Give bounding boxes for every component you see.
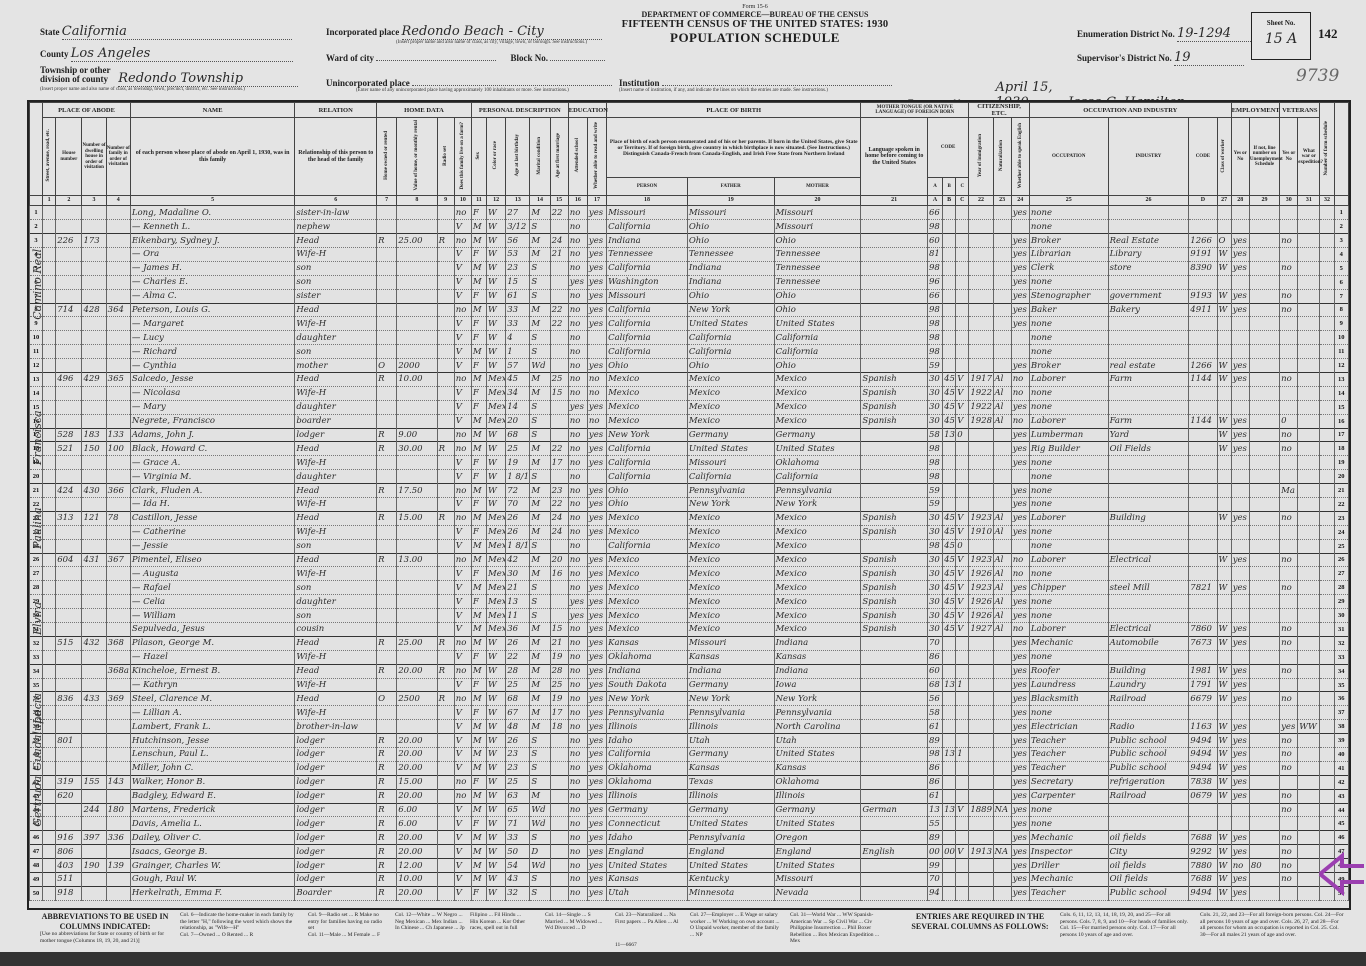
- cell-street: [43, 289, 56, 303]
- cell-cls: W: [1217, 873, 1231, 887]
- cell-unemp: [1249, 372, 1279, 386]
- cell-bp: Tennessee: [607, 247, 688, 261]
- cell-a: 30: [927, 581, 942, 595]
- cell-emp: yes: [1231, 234, 1249, 248]
- table-row: 10— LucydaughterVFW4SnoCaliforniaCalifor…: [30, 331, 1349, 345]
- cell-rw: no: [587, 386, 606, 400]
- cell-bp: Idaho: [607, 734, 688, 748]
- cell-fam: [106, 595, 130, 609]
- cell-code: 7821: [1189, 581, 1217, 595]
- cell-val: [397, 650, 437, 664]
- cell-radio: [437, 331, 454, 345]
- cell-bp: California: [607, 456, 688, 470]
- cell-own: R: [377, 873, 397, 887]
- cell-lang: [861, 748, 928, 762]
- cell-unemp: [1249, 345, 1279, 359]
- cell-code: 1266: [1189, 234, 1217, 248]
- population-schedule-table: PLACE OF ABODE NAME RELATION HOME DATA P…: [27, 100, 1351, 910]
- cell-code: 7860: [1189, 623, 1217, 637]
- cell-nat: [993, 720, 1011, 734]
- cell-rel: Wife-H: [295, 386, 377, 400]
- cell-eng: yes: [1011, 581, 1029, 595]
- cell-name: Black, Howard C.: [130, 442, 294, 456]
- cell-house: 424: [56, 484, 82, 498]
- cell-house: [56, 289, 82, 303]
- cell-mar: M: [530, 553, 550, 567]
- cell-rel: Wife-H: [295, 247, 377, 261]
- cell-radio: [437, 386, 454, 400]
- cell-rw: [587, 220, 606, 234]
- column-number: 18: [607, 196, 688, 206]
- institution-value: [662, 85, 892, 86]
- cell-eng: [1011, 539, 1029, 553]
- cell-farmno: [1320, 775, 1334, 789]
- cell-eng: no: [1011, 414, 1029, 428]
- cell-val: 20.00: [397, 886, 437, 900]
- cell-afm: 22: [550, 442, 568, 456]
- table-row: 42319155143Walker, Honor B.lodgerR15.00n…: [30, 775, 1349, 789]
- cell-lang: [861, 289, 928, 303]
- cell-house: [56, 317, 82, 331]
- cell-mbp: Missouri: [774, 873, 861, 887]
- cell-age: 54: [506, 859, 530, 873]
- cell-nat: Al: [993, 372, 1011, 386]
- cell-emp: [1231, 400, 1249, 414]
- cell-occ: Laborer: [1029, 414, 1108, 428]
- cell-fam: [106, 706, 130, 720]
- cell-age: 61: [506, 289, 530, 303]
- cell-sch: no: [568, 220, 587, 234]
- cell-race: W: [487, 873, 506, 887]
- line-number-right: 25: [1334, 539, 1348, 553]
- cell-street: [43, 511, 56, 525]
- cell-nat: [993, 748, 1011, 762]
- cell-unemp: [1249, 553, 1279, 567]
- cell-imm: [969, 873, 993, 887]
- cell-bp: Idaho: [607, 831, 688, 845]
- cell-imm: [969, 331, 993, 345]
- cell-radio: [437, 761, 454, 775]
- cell-eng: yes: [1011, 275, 1029, 289]
- cell-sex: F: [471, 206, 486, 220]
- table-row: 38Lambert, Frank L.brother-in-lawVMW48M1…: [30, 720, 1349, 734]
- cell-ind: Radio: [1108, 720, 1189, 734]
- cell-street: [43, 886, 56, 900]
- cell-ind: [1108, 470, 1189, 484]
- cell-occ: none: [1029, 595, 1108, 609]
- cell-nat: [993, 247, 1011, 261]
- line-number-right: 5: [1334, 261, 1348, 275]
- cell-c: V: [956, 581, 969, 595]
- col-name-desc: of each person whose place of abode on A…: [130, 118, 294, 196]
- cell-occ: Inspector: [1029, 845, 1108, 859]
- cell-sch: no: [568, 386, 587, 400]
- cell-val: [397, 720, 437, 734]
- cell-name: Davis, Amelia L.: [130, 817, 294, 831]
- cell-b: [943, 331, 956, 345]
- cell-occ: Teacher: [1029, 761, 1108, 775]
- cell-farmno: [1320, 553, 1334, 567]
- cell-fam: [106, 650, 130, 664]
- cell-mar: M: [530, 623, 550, 637]
- cell-mbp: Mexico: [774, 609, 861, 623]
- cell-war: [1298, 372, 1320, 386]
- cell-sex: M: [471, 845, 486, 859]
- cell-cls: W: [1217, 761, 1231, 775]
- cell-name: Herkelrath, Emma F.: [130, 886, 294, 900]
- cell-street: [43, 331, 56, 345]
- cell-lang: [861, 303, 928, 317]
- cell-fam: 368a: [106, 664, 130, 678]
- cell-farm: V: [454, 595, 471, 609]
- cell-val: [397, 623, 437, 637]
- cell-eng: [1011, 331, 1029, 345]
- cell-sch: yes: [568, 275, 587, 289]
- cell-nat: [993, 831, 1011, 845]
- cell-ind: [1108, 220, 1189, 234]
- cell-house: [56, 678, 82, 692]
- cell-a: 98: [927, 539, 942, 553]
- cell-street: [43, 456, 56, 470]
- cell-bp: Utah: [607, 886, 688, 900]
- cell-radio: [437, 220, 454, 234]
- cell-name: — Mary: [130, 400, 294, 414]
- cell-mar: M: [530, 650, 550, 664]
- line-number-right: 22: [1334, 497, 1348, 511]
- cell-own: R: [377, 511, 397, 525]
- cell-age: 23: [506, 748, 530, 762]
- cell-farmno: [1320, 275, 1334, 289]
- cell-name: Clark, Fluden A.: [130, 484, 294, 498]
- cell-fbp: Mexico: [687, 595, 774, 609]
- cell-nat: [993, 817, 1011, 831]
- cell-bp: Connecticut: [607, 817, 688, 831]
- cell-b: 45: [943, 595, 956, 609]
- cell-war: [1298, 595, 1320, 609]
- cell-imm: [969, 359, 993, 373]
- cell-sch: no: [568, 247, 587, 261]
- cell-bp: Missouri: [607, 206, 688, 220]
- col-age: Age at last birthday: [515, 134, 521, 176]
- table-row: 15— MarydaughterVFMex14SyesyesMexicoMexi…: [30, 400, 1349, 414]
- cell-cls: W: [1217, 359, 1231, 373]
- cell-fbp: Pennsylvania: [687, 706, 774, 720]
- cell-val: [397, 609, 437, 623]
- cell-farmno: [1320, 331, 1334, 345]
- cell-age: 48: [506, 720, 530, 734]
- cell-rel: cousin: [295, 623, 377, 637]
- cell-c: [956, 692, 969, 706]
- cell-fbp: Missouri: [687, 206, 774, 220]
- cell-farm: V: [454, 345, 471, 359]
- cell-a: 30: [927, 623, 942, 637]
- cell-code: [1189, 470, 1217, 484]
- cell-c: V: [956, 803, 969, 817]
- cell-cls: [1217, 817, 1231, 831]
- line-number-right: 34: [1334, 664, 1348, 678]
- cell-rel: brother-in-law: [295, 720, 377, 734]
- cell-emp: yes: [1231, 692, 1249, 706]
- cell-vet: no: [1280, 761, 1298, 775]
- table-row: 49511Gough, Paul W.lodgerR10.00VMW43Snoy…: [30, 873, 1349, 887]
- cell-mbp: Mexico: [774, 539, 861, 553]
- cell-race: Mex: [487, 400, 506, 414]
- cell-emp: [1231, 206, 1249, 220]
- cell-street: [43, 484, 56, 498]
- cell-war: [1298, 497, 1320, 511]
- cell-eng: yes: [1011, 859, 1029, 873]
- cell-lang: [861, 831, 928, 845]
- cell-lang: Spanish: [861, 595, 928, 609]
- cell-ind: [1108, 609, 1189, 623]
- cell-eng: [1011, 220, 1029, 234]
- col-house-number: House number: [56, 118, 82, 196]
- cell-war: [1298, 567, 1320, 581]
- cell-farmno: [1320, 234, 1334, 248]
- cell-rw: yes: [587, 789, 606, 803]
- cell-imm: 1923: [969, 581, 993, 595]
- cell-radio: [437, 345, 454, 359]
- cell-eng: yes: [1011, 831, 1029, 845]
- cell-occ: none: [1029, 803, 1108, 817]
- cell-val: [397, 317, 437, 331]
- cell-radio: [437, 803, 454, 817]
- cell-code: [1189, 456, 1217, 470]
- cell-farmno: [1320, 289, 1334, 303]
- cell-code: [1189, 817, 1217, 831]
- group-personal-description: PERSONAL DESCRIPTION: [471, 103, 568, 118]
- cell-code: 7673: [1189, 636, 1217, 650]
- cell-bp: England: [607, 845, 688, 859]
- cell-age: 11: [506, 609, 530, 623]
- col-naturalization: Naturalization: [999, 140, 1005, 171]
- cell-vet: yes: [1280, 720, 1298, 734]
- cell-nat: [993, 734, 1011, 748]
- cell-mar: S: [530, 609, 550, 623]
- cell-race: W: [487, 636, 506, 650]
- cell-mar: M: [530, 484, 550, 498]
- cell-dw: [82, 331, 106, 345]
- column-number: 13: [506, 196, 530, 206]
- cell-own: [377, 609, 397, 623]
- cell-house: [56, 247, 82, 261]
- cell-mbp: Kansas: [774, 761, 861, 775]
- cell-eng: yes: [1011, 456, 1029, 470]
- cell-occ: Clerk: [1029, 261, 1108, 275]
- col-sex: Sex: [476, 152, 482, 160]
- cell-code: 1144: [1189, 414, 1217, 428]
- print-code: 11—6667: [615, 942, 637, 949]
- cell-nat: [993, 345, 1011, 359]
- cell-b: [943, 456, 956, 470]
- abbrev-block: ABBREVIATIONS TO BE USED IN COLUMNS INDI…: [40, 912, 170, 944]
- cell-bp: Kansas: [607, 873, 688, 887]
- line-number-right: 9: [1334, 317, 1348, 331]
- cell-unemp: [1249, 803, 1279, 817]
- cell-rw: yes: [587, 511, 606, 525]
- cell-unemp: [1249, 595, 1279, 609]
- cell-nat: Al: [993, 567, 1011, 581]
- cell-fbp: Utah: [687, 734, 774, 748]
- cell-vet: no: [1280, 372, 1298, 386]
- cell-dw: 397: [82, 831, 106, 845]
- cell-cls: [1217, 331, 1231, 345]
- cell-fam: [106, 720, 130, 734]
- table-row: 27— AugustaWife-HVFMex30M16noyesMexicoMe…: [30, 567, 1349, 581]
- cell-race: Mex: [487, 609, 506, 623]
- cell-fam: [106, 261, 130, 275]
- cell-afm: [550, 817, 568, 831]
- cell-nat: [993, 636, 1011, 650]
- cell-occ: none: [1029, 650, 1108, 664]
- cell-age: 56: [506, 234, 530, 248]
- cell-a: 59: [927, 497, 942, 511]
- cell-unemp: [1249, 636, 1279, 650]
- cell-race: W: [487, 775, 506, 789]
- cell-eng: yes: [1011, 636, 1029, 650]
- cell-nat: Al: [993, 511, 1011, 525]
- cell-name: — Margaret: [130, 317, 294, 331]
- cell-mar: S: [530, 734, 550, 748]
- cell-eng: yes: [1011, 748, 1029, 762]
- cell-dw: [82, 595, 106, 609]
- cell-ind: [1108, 525, 1189, 539]
- cell-farmno: [1320, 359, 1334, 373]
- cell-age: 53: [506, 247, 530, 261]
- cell-val: 10.00: [397, 873, 437, 887]
- cell-eng: yes: [1011, 706, 1029, 720]
- cell-rel: son: [295, 609, 377, 623]
- cell-sch: no: [568, 720, 587, 734]
- cell-lang: [861, 636, 928, 650]
- cell-rw: yes: [587, 442, 606, 456]
- cell-age: 68: [506, 428, 530, 442]
- cell-eng: yes: [1011, 525, 1029, 539]
- cell-name: — Rafael: [130, 581, 294, 595]
- cell-sex: M: [471, 873, 486, 887]
- cell-fam: [106, 734, 130, 748]
- cell-occ: none: [1029, 275, 1108, 289]
- cell-val: 2000: [397, 359, 437, 373]
- cell-code: [1189, 595, 1217, 609]
- cell-rel: Wife-H: [295, 317, 377, 331]
- cell-house: 714: [56, 303, 82, 317]
- cell-bp: Kansas: [607, 636, 688, 650]
- cell-fbp: Mexico: [687, 623, 774, 637]
- cell-sex: F: [471, 359, 486, 373]
- cell-mbp: United States: [774, 859, 861, 873]
- cell-afm: [550, 831, 568, 845]
- cell-lang: Spanish: [861, 567, 928, 581]
- cell-occ: none: [1029, 345, 1108, 359]
- cell-rw: yes: [587, 595, 606, 609]
- cell-nat: [993, 234, 1011, 248]
- cell-nat: Al: [993, 386, 1011, 400]
- column-number: 29: [1249, 196, 1279, 206]
- cell-house: 836: [56, 692, 82, 706]
- cell-b: 45: [943, 372, 956, 386]
- cell-b: [943, 775, 956, 789]
- line-number-right: 10: [1334, 331, 1348, 345]
- sheet-number-box: Sheet No. 15 A: [1251, 12, 1311, 60]
- cell-sex: M: [471, 803, 486, 817]
- cell-a: 30: [927, 525, 942, 539]
- cell-mar: S: [530, 275, 550, 289]
- cell-rel: lodger: [295, 428, 377, 442]
- cell-imm: [969, 664, 993, 678]
- cell-ind: [1108, 595, 1189, 609]
- cell-val: [397, 220, 437, 234]
- cell-mbp: California: [774, 331, 861, 345]
- cell-race: Mex: [487, 386, 506, 400]
- cell-street: [43, 873, 56, 887]
- column-number: 21: [861, 196, 928, 206]
- cell-ind: Electrical: [1108, 553, 1189, 567]
- cell-emp: yes: [1231, 748, 1249, 762]
- cell-unemp: [1249, 247, 1279, 261]
- cell-street: [43, 317, 56, 331]
- cell-sex: M: [471, 414, 486, 428]
- cell-dw: [82, 650, 106, 664]
- cell-war: [1298, 247, 1320, 261]
- cell-lang: [861, 317, 928, 331]
- cell-a: 86: [927, 761, 942, 775]
- cell-cls: W: [1217, 289, 1231, 303]
- line-number-right: 45: [1334, 817, 1348, 831]
- cell-sch: no: [568, 234, 587, 248]
- cell-street: [43, 734, 56, 748]
- cell-age: 67: [506, 706, 530, 720]
- cell-radio: [437, 553, 454, 567]
- cell-age: 1 8/12: [506, 470, 530, 484]
- cell-cls: W: [1217, 261, 1231, 275]
- col-occupation: OCCUPATION: [1029, 118, 1108, 196]
- cell-mbp: England: [774, 845, 861, 859]
- cell-fam: 180: [106, 803, 130, 817]
- cell-lang: [861, 359, 928, 373]
- ward-label: Ward of city: [326, 53, 374, 63]
- column-number: 30: [1280, 196, 1298, 206]
- cell-house: [56, 706, 82, 720]
- line-number-right: 40: [1334, 748, 1348, 762]
- cell-street: [43, 581, 56, 595]
- column-number: 22: [969, 196, 993, 206]
- cell-val: 17.50: [397, 484, 437, 498]
- cell-dw: [82, 581, 106, 595]
- cell-dw: 173: [82, 234, 106, 248]
- cell-c: [956, 664, 969, 678]
- cell-imm: 1922: [969, 400, 993, 414]
- cell-own: R: [377, 803, 397, 817]
- cell-name: — Cynthia: [130, 359, 294, 373]
- cell-vet: no: [1280, 636, 1298, 650]
- cell-fbp: Mexico: [687, 609, 774, 623]
- enumeration-district-field: Enumeration District No. 19-1294: [1077, 26, 1257, 42]
- cell-eng: yes: [1011, 261, 1029, 275]
- cell-war: [1298, 303, 1320, 317]
- cell-emp: [1231, 817, 1249, 831]
- cell-sch: no: [568, 345, 587, 359]
- cell-fbp: Indiana: [687, 275, 774, 289]
- cell-ind: Automobile: [1108, 636, 1189, 650]
- cell-race: Mex: [487, 623, 506, 637]
- cell-afm: [550, 359, 568, 373]
- cell-mar: S: [530, 345, 550, 359]
- cell-mar: M: [530, 789, 550, 803]
- cell-lang: Spanish: [861, 400, 928, 414]
- cell-cls: W: [1217, 886, 1231, 900]
- cell-mbp: Indiana: [774, 664, 861, 678]
